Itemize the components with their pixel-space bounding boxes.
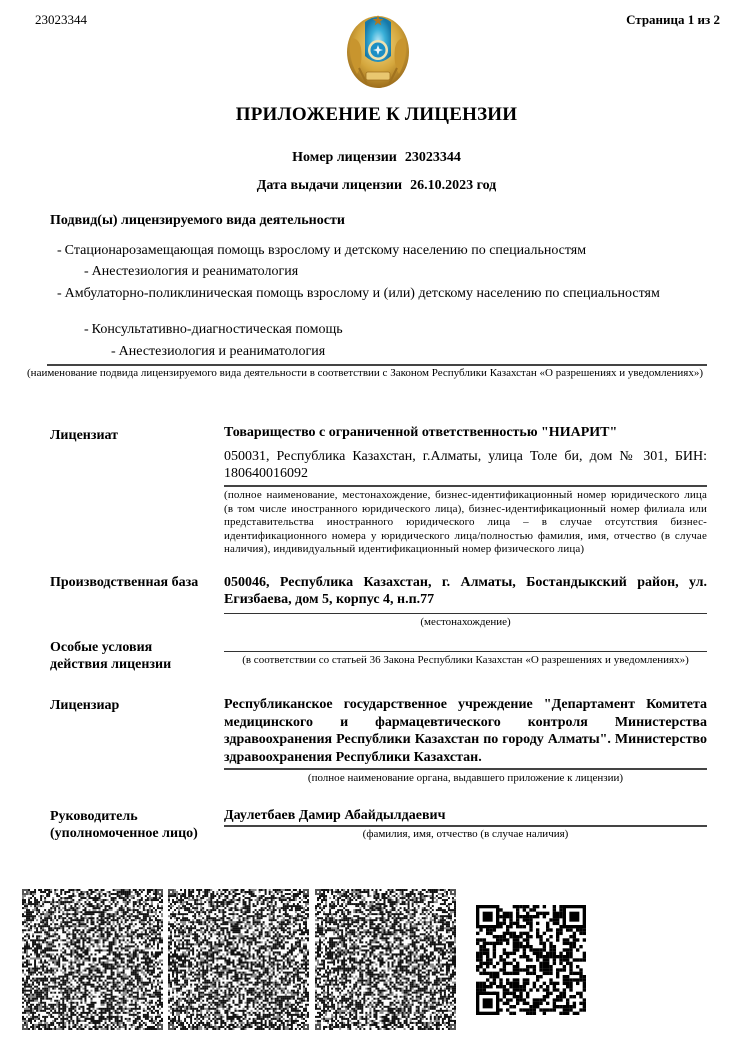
- document-title: ПРИЛОЖЕНИЕ К ЛИЦЕНЗИИ: [0, 104, 753, 126]
- licensor-caption: (полное наименование органа, выдавшего п…: [224, 772, 707, 785]
- signature-matrix-code: [22, 889, 163, 1030]
- divider: [224, 651, 707, 652]
- subtype-item: -Анестезиология и реаниматология: [111, 344, 325, 360]
- subtype-item: -Стационарозамещающая помощь взрослому и…: [57, 243, 586, 259]
- signature-matrix-code: [315, 889, 456, 1030]
- subtype-item: -Консультативно-диагностическая помощь: [84, 322, 343, 338]
- signature-matrix-code: [168, 889, 309, 1030]
- license-date-label: Дата выдачи лицензии: [257, 178, 402, 193]
- head-label: Руководитель (уполномоченное лицо): [50, 808, 198, 842]
- license-number: Номер лицензии23023344: [0, 150, 753, 166]
- license-number-label: Номер лицензии: [292, 150, 397, 165]
- page-indicator: Страница 1 из 2: [626, 12, 720, 28]
- licensee-label: Лицензиат: [50, 427, 118, 444]
- license-date-value: 26.10.2023 год: [410, 178, 496, 193]
- licensee-address: 050031, Республика Казахстан, г.Алматы, …: [224, 448, 707, 482]
- divider: [224, 768, 707, 770]
- subtypes-heading: Подвид(ы) лицензируемого вида деятельнос…: [50, 213, 345, 229]
- production-base-value: 050046, Республика Казахстан, г. Алматы,…: [224, 574, 707, 608]
- licensor-value: Республиканское государственное учрежден…: [224, 696, 707, 766]
- production-base-caption: (местонахождение): [224, 616, 707, 629]
- divider: [224, 485, 707, 487]
- qr-code-icon: [476, 905, 586, 1015]
- license-date: Дата выдачи лицензии26.10.2023 год: [0, 178, 753, 194]
- subtype-item: -Амбулаторно-поликлиническая помощь взро…: [57, 286, 660, 302]
- special-conditions-caption: (в соответствии со статьей 36 Закона Рес…: [218, 654, 713, 667]
- production-base-label: Производственная база: [50, 574, 198, 591]
- divider: [47, 364, 707, 366]
- document-number: 23023344: [35, 12, 87, 28]
- divider: [224, 613, 707, 614]
- head-name: Даулетбаев Дамир Абайдылдаевич: [224, 807, 707, 824]
- subtypes-caption: (наименование подвида лицензируемого вид…: [20, 367, 710, 380]
- head-caption: (фамилия, имя, отчество (в случае наличи…: [224, 828, 707, 841]
- state-emblem-icon: [345, 12, 411, 90]
- license-number-value: 23023344: [405, 150, 461, 165]
- subtype-item: -Анестезиология и реаниматология: [84, 264, 298, 280]
- licensor-label: Лицензиар: [50, 697, 119, 714]
- special-conditions-label: Особые условия действия лицензии: [50, 639, 171, 673]
- licensee-caption: (полное наименование, местонахождение, б…: [224, 489, 707, 557]
- licensee-name: Товарищество с ограниченной ответственно…: [224, 424, 707, 441]
- divider: [224, 825, 707, 827]
